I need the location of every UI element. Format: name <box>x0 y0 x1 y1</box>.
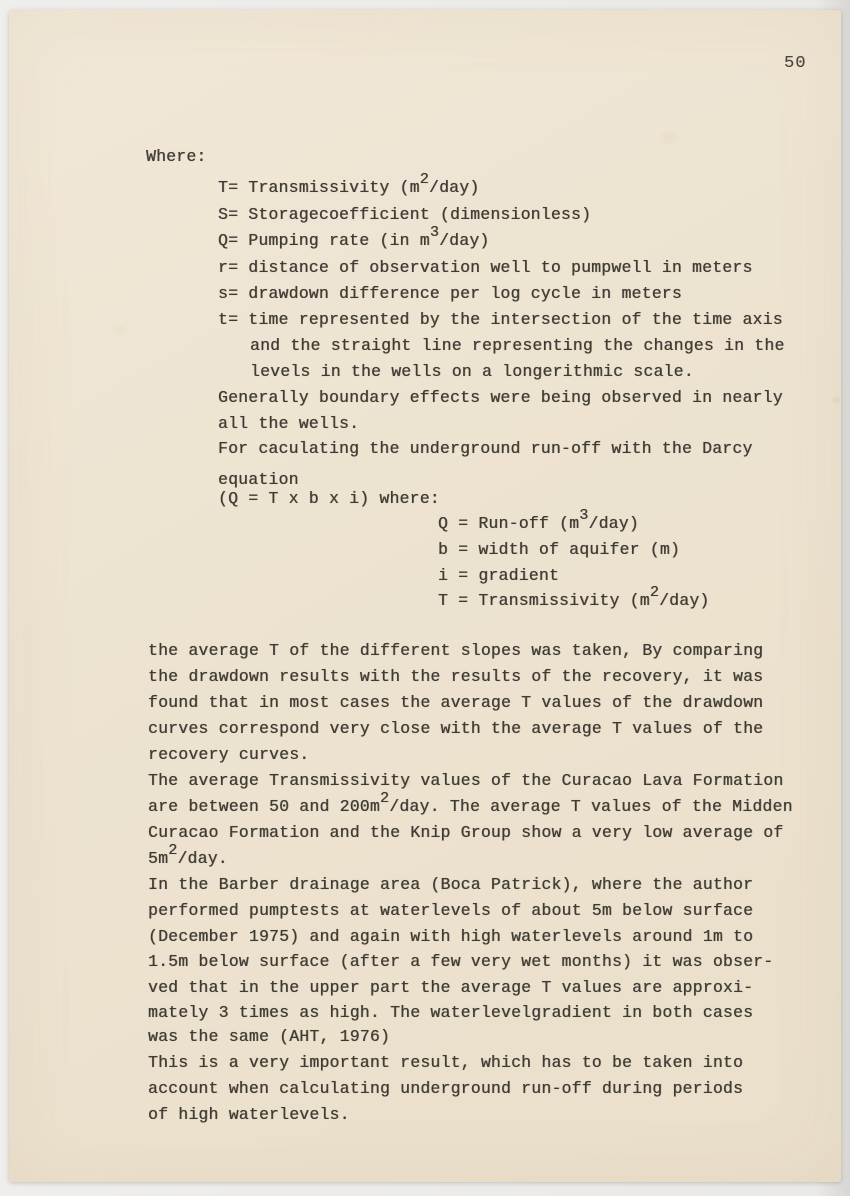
page-number: 50 <box>784 54 806 73</box>
document-page <box>9 10 841 1182</box>
